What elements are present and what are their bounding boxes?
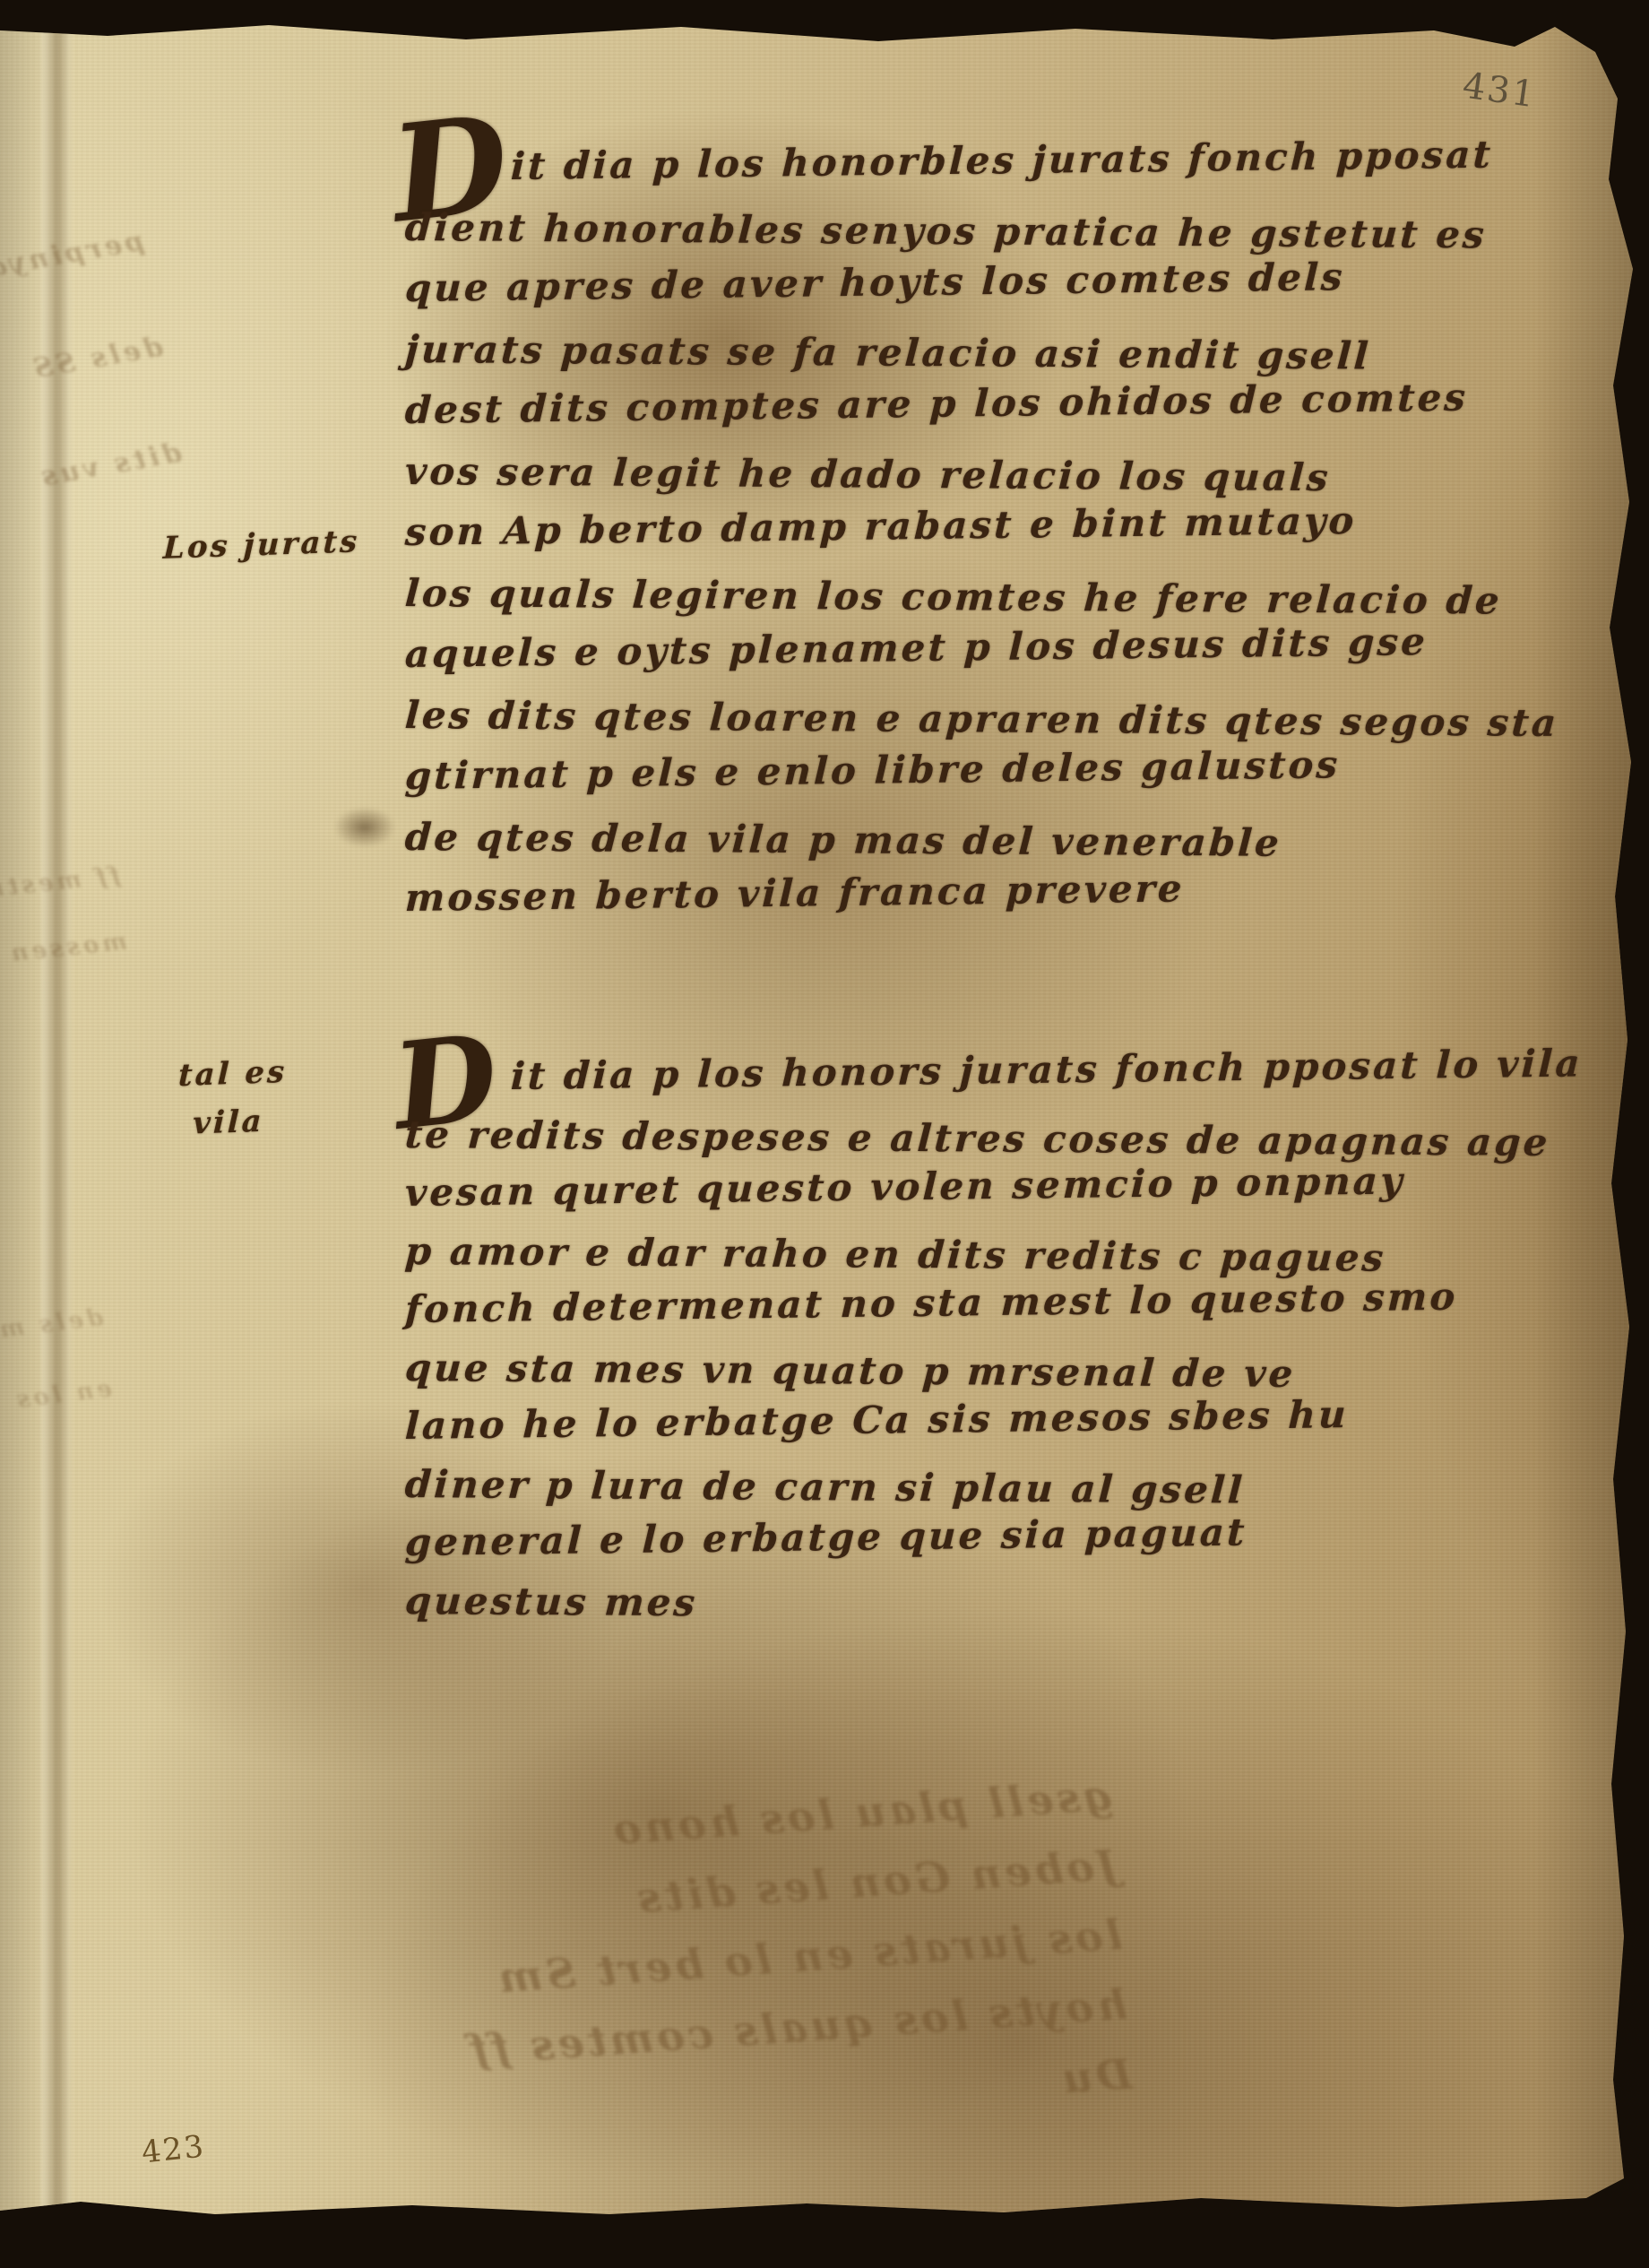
manuscript-page: perpinya les dels SS dits vus ff mestre … [0, 0, 1649, 2268]
ink-mark: Λ [410, 2214, 441, 2256]
page-edge-shadow [0, 0, 1649, 2268]
